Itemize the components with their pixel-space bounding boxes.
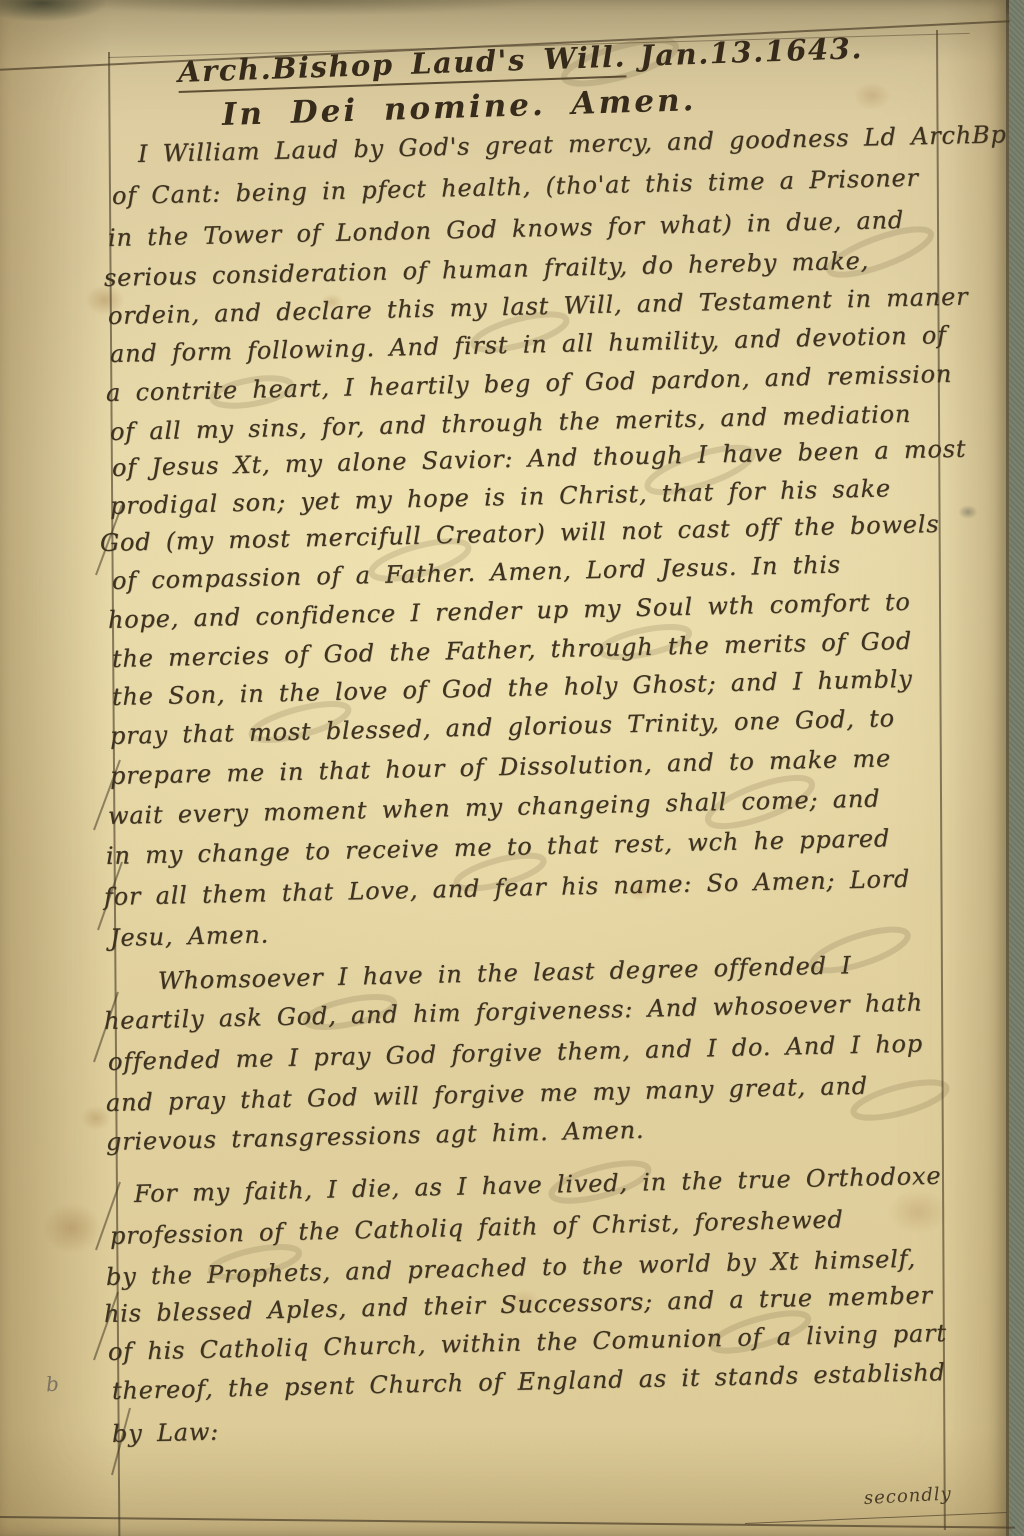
manuscript-line: heartily ask God, and him forgiveness: A… (104, 988, 924, 1035)
catchword: secondly (863, 1483, 952, 1509)
manuscript-line: serious consideration of human frailty, … (104, 247, 870, 292)
manuscript-line: For my faith, I die, as I have lived, in… (134, 1162, 942, 1208)
title-date: Jan.13.1643. (639, 31, 863, 73)
catchword-ruled-line (745, 1512, 1007, 1524)
manuscript-line: of compassion of a Father. Amen, Lord Je… (112, 550, 841, 595)
manuscript-line: of his Catholiq Church, within the Comun… (108, 1319, 947, 1366)
manuscript-line: Jesu, Amen. (110, 920, 270, 952)
manuscript-line: the mercies of God the Father, through t… (112, 627, 913, 673)
right-margin-rule (936, 30, 945, 1530)
page-title: Arch.Bishop Laud's Will.Jan.13.1643. (177, 31, 863, 89)
manuscript-line: in my change to receive me to that rest,… (106, 824, 891, 870)
manuscript-line: hope, and confidence I render up my Soul… (108, 588, 911, 634)
manuscript-line: thereof, the psent Church of England as … (112, 1358, 946, 1405)
manuscript-line: and form following. And first in all hum… (110, 321, 947, 368)
manuscript-line: by Law: (112, 1418, 220, 1448)
manuscript-line: Whomsoever I have in the least degree of… (158, 951, 852, 995)
pencil-margin-mark: b (45, 1372, 59, 1397)
manuscript-line: grievous transgressions agt him. Amen. (106, 1116, 645, 1156)
manuscript-line: pray that most blessed, and glorious Tri… (110, 704, 895, 750)
manuscript-line: of Cant: being in pfect health, (tho'at … (112, 164, 919, 210)
manuscript-page: Arch.Bishop Laud's Will.Jan.13.1643. In … (0, 0, 1009, 1536)
manuscript-line: profession of the Catholiq faith of Chri… (110, 1205, 844, 1250)
title-text: Arch.Bishop Laud's Will. (177, 39, 626, 93)
manuscript-line: the Son, in the love of God the holy Gho… (112, 665, 913, 711)
manuscript-line: a contrite heart, I heartily beg of God … (106, 360, 953, 407)
manuscript-line: in the Tower of London God knows for wha… (108, 206, 905, 252)
manuscript-line: offended me I pray God forgive them, and… (108, 1030, 924, 1076)
photograph-of-manuscript: { "heading": { "title": "Arch.Bishop Lau… (0, 0, 1024, 1536)
manuscript-line: for all them that Love, and fear his nam… (104, 865, 911, 911)
manuscript-line: and pray that God will forgive me my man… (106, 1072, 868, 1117)
manuscript-line: wait every moment when my changeing shal… (108, 784, 881, 830)
invocation-line: In Dei nomine. Amen. (221, 82, 696, 133)
manuscript-line: prepare me in that hour of Dissolution, … (110, 744, 892, 790)
